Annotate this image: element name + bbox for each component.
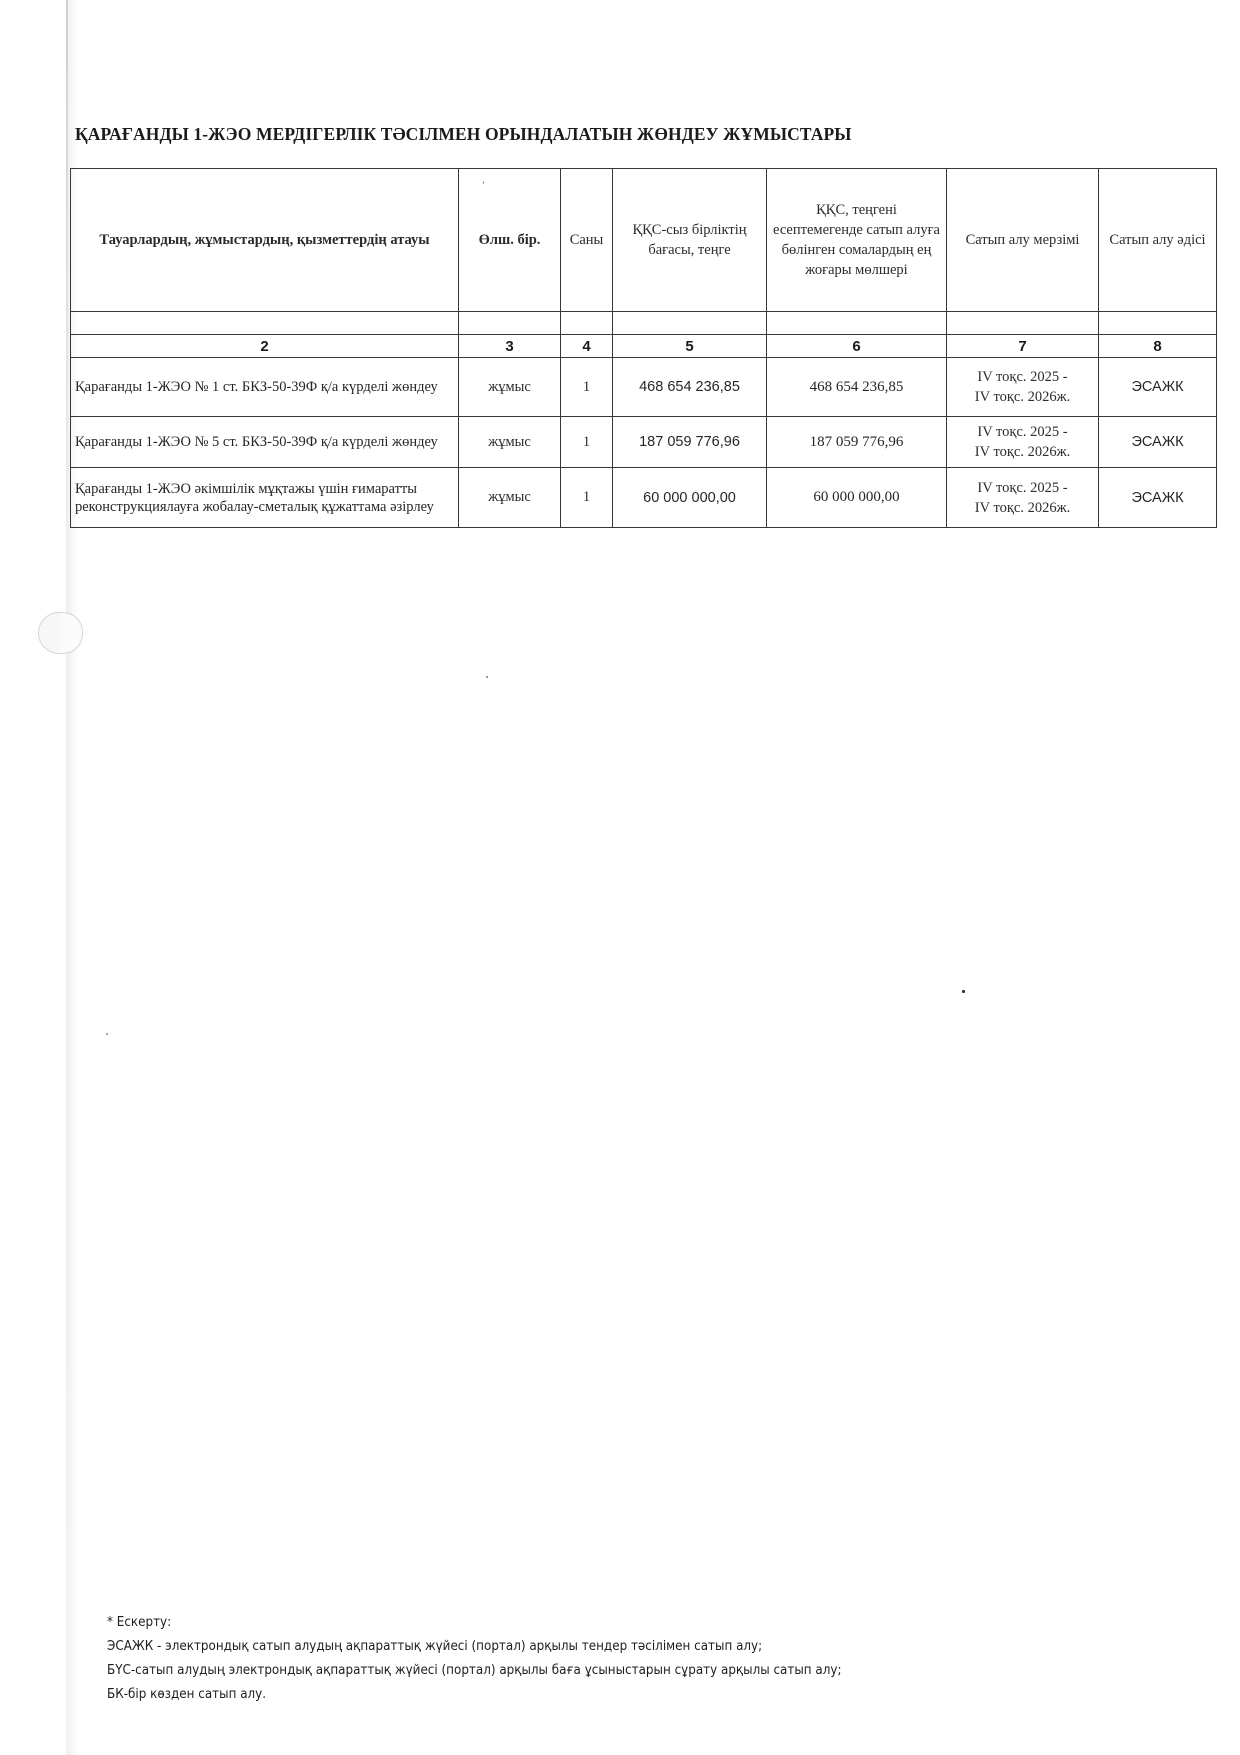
item-max-amount: 468 654 236,85: [767, 358, 947, 417]
table-header-row: Тауарлардың, жұмыстардың, қызметтердің а…: [71, 169, 1217, 312]
column-number: 2: [71, 335, 459, 358]
period-end: IV тоқс. 2026ж.: [951, 498, 1094, 518]
punch-hole-mark: [60, 612, 83, 654]
footnote-line: БК-бір көзден сатып алу.: [107, 1683, 841, 1707]
scan-speck: [962, 990, 965, 993]
item-quantity: 1: [561, 468, 613, 528]
item-quantity: 1: [561, 417, 613, 468]
item-unit: жұмыс: [459, 358, 561, 417]
footnote-heading: * Ескерту:: [107, 1611, 841, 1635]
header-unit-price: ҚҚС-сыз бірліктің бағасы, теңге: [613, 169, 767, 312]
footnote: * Ескерту: ЭСАЖК - электрондық сатып алу…: [107, 1611, 841, 1707]
item-period: IV тоқс. 2025 - IV тоқс. 2026ж.: [947, 417, 1099, 468]
document-title: ҚАРАҒАНДЫ 1-ЖЭО МЕРДІГЕРЛІК ТӘСІЛМЕН ОРЫ…: [75, 124, 852, 145]
scan-speck: [106, 1033, 108, 1035]
period-end: IV тоқс. 2026ж.: [951, 442, 1094, 462]
header-quantity: Саны: [561, 169, 613, 312]
table-row: Қарағанды 1-ЖЭО № 1 ст. БКЗ-50-39Ф қ/а к…: [71, 358, 1217, 417]
column-number: 6: [767, 335, 947, 358]
item-unit-price: 468 654 236,85: [613, 358, 767, 417]
procurement-table: Тауарлардың, жұмыстардың, қызметтердің а…: [70, 168, 1217, 528]
header-name: Тауарлардың, жұмыстардың, қызметтердің а…: [71, 169, 459, 312]
column-number: 3: [459, 335, 561, 358]
table-row: Қарағанды 1-ЖЭО № 5 ст. БКЗ-50-39Ф қ/а к…: [71, 417, 1217, 468]
table-blank-row: [71, 312, 1217, 335]
item-max-amount: 60 000 000,00: [767, 468, 947, 528]
period-start: IV тоқс. 2025 -: [951, 422, 1094, 442]
item-unit-price: 187 059 776,96: [613, 417, 767, 468]
column-number: 5: [613, 335, 767, 358]
item-method: ЭСАЖК: [1099, 358, 1217, 417]
item-period: IV тоқс. 2025 - IV тоқс. 2026ж.: [947, 468, 1099, 528]
period-start: IV тоқс. 2025 -: [951, 367, 1094, 387]
item-name: Қарағанды 1-ЖЭО әкімшілік мұқтажы үшін ғ…: [71, 468, 459, 528]
item-period: IV тоқс. 2025 - IV тоқс. 2026ж.: [947, 358, 1099, 417]
item-unit: жұмыс: [459, 468, 561, 528]
item-name: Қарағанды 1-ЖЭО № 1 ст. БКЗ-50-39Ф қ/а к…: [71, 358, 459, 417]
period-start: IV тоқс. 2025 -: [951, 478, 1094, 498]
item-method: ЭСАЖК: [1099, 417, 1217, 468]
table-row: Қарағанды 1-ЖЭО әкімшілік мұқтажы үшін ғ…: [71, 468, 1217, 528]
footnote-line: БҮС-сатып алудың электрондық ақпараттық …: [107, 1659, 841, 1683]
column-number: 4: [561, 335, 613, 358]
header-unit: Өлш. бір.: [459, 169, 561, 312]
header-max-amount: ҚҚС, теңгені есептемегенде сатып алуға б…: [767, 169, 947, 312]
header-period: Сатып алу мерзімі: [947, 169, 1099, 312]
period-end: IV тоқс. 2026ж.: [951, 387, 1094, 407]
footnote-line: ЭСАЖК - электрондық сатып алудың ақпарат…: [107, 1635, 841, 1659]
item-quantity: 1: [561, 358, 613, 417]
header-method: Сатып алу әдісі: [1099, 169, 1217, 312]
item-method: ЭСАЖК: [1099, 468, 1217, 528]
column-number: 7: [947, 335, 1099, 358]
item-name: Қарағанды 1-ЖЭО № 5 ст. БКЗ-50-39Ф қ/а к…: [71, 417, 459, 468]
item-max-amount: 187 059 776,96: [767, 417, 947, 468]
column-number-row: 2 3 4 5 6 7 8: [71, 335, 1217, 358]
item-unit-price: 60 000 000,00: [613, 468, 767, 528]
column-number: 8: [1099, 335, 1217, 358]
item-unit: жұмыс: [459, 417, 561, 468]
scan-speck: [486, 676, 488, 678]
